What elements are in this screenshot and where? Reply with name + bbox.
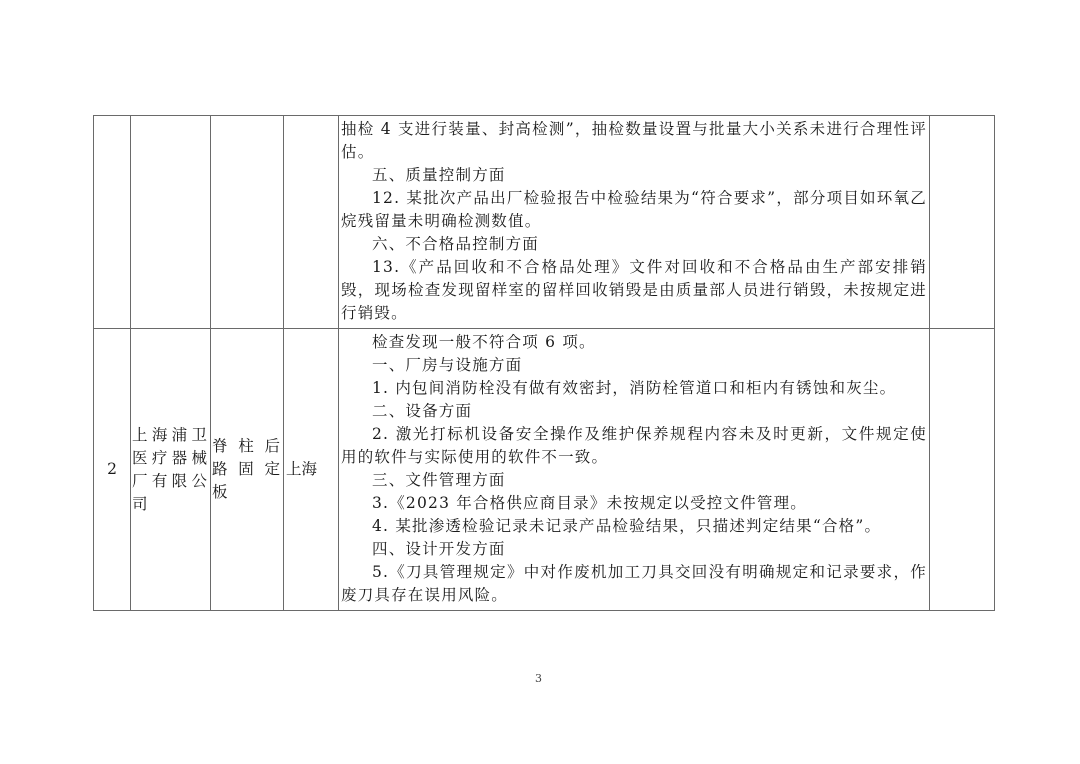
product-name-line: 脊柱后 [212,435,282,458]
finding-line: 12. 某批次产品出厂检验报告中检验结果为“符合要求”，部分项目如环氧乙烷残留量… [341,187,927,233]
row-index-cell: 2 [94,329,131,611]
finding-section-heading: 六、不合格品控制方面 [341,233,927,256]
remarks-cell [930,329,995,611]
finding-section-heading: 五、质量控制方面 [341,164,927,187]
table-row: 抽检 4 支进行装量、封高检测”，抽检数量设置与批量大小关系未进行合理性评估。 … [94,116,995,329]
remarks-cell [930,116,995,329]
company-cell: 上海浦卫 医疗器械 厂有限公 司 [131,329,211,611]
findings-cell: 检查发现一般不符合项 6 项。 一、厂房与设施方面 1. 内包间消防栓没有做有效… [339,329,930,611]
company-name-line: 医疗器械 [132,447,209,470]
row-index-cell [94,116,131,329]
table-row: 2 上海浦卫 医疗器械 厂有限公 司 脊柱后 路固定 板 上海 检查发现一般不符… [94,329,995,611]
finding-line: 3.《2023 年合格供应商目录》未按规定以受控文件管理。 [341,492,927,515]
company-cell [131,116,211,329]
finding-summary: 检查发现一般不符合项 6 项。 [341,331,927,354]
finding-line: 4. 某批渗透检验记录未记录产品检验结果，只描述判定结果“合格”。 [341,515,927,538]
product-cell [211,116,284,329]
region-cell: 上海 [284,329,339,611]
finding-line: 2. 激光打标机设备安全操作及维护保养规程内容未及时更新，文件规定使用的软件与实… [341,423,927,469]
finding-line: 5.《刀具管理规定》中对作废机加工刀具交回没有明确规定和记录要求，作废刀具存在误… [341,561,927,607]
finding-line: 1. 内包间消防栓没有做有效密封，消防栓管道口和柜内有锈蚀和灰尘。 [341,377,927,400]
product-name-line: 路固定 [212,458,282,481]
document-page: 抽检 4 支进行装量、封高检测”，抽检数量设置与批量大小关系未进行合理性评估。 … [0,0,1080,764]
company-name-line: 上海浦卫 [132,424,209,447]
company-name-line: 司 [132,493,209,516]
region-cell [284,116,339,329]
finding-section-heading: 四、设计开发方面 [341,538,927,561]
finding-line: 13.《产品回收和不合格品处理》文件对回收和不合格品由生产部安排销毁，现场检查发… [341,256,927,325]
company-name-line: 厂有限公 [132,470,209,493]
product-name-line: 板 [212,481,282,504]
finding-section-heading: 三、文件管理方面 [341,469,927,492]
page-number: 3 [535,672,542,685]
finding-section-heading: 二、设备方面 [341,400,927,423]
finding-section-heading: 一、厂房与设施方面 [341,354,927,377]
inspection-findings-table: 抽检 4 支进行装量、封高检测”，抽检数量设置与批量大小关系未进行合理性评估。 … [93,115,995,611]
findings-cell: 抽检 4 支进行装量、封高检测”，抽检数量设置与批量大小关系未进行合理性评估。 … [339,116,930,329]
product-cell: 脊柱后 路固定 板 [211,329,284,611]
finding-line: 抽检 4 支进行装量、封高检测”，抽检数量设置与批量大小关系未进行合理性评估。 [341,118,927,164]
